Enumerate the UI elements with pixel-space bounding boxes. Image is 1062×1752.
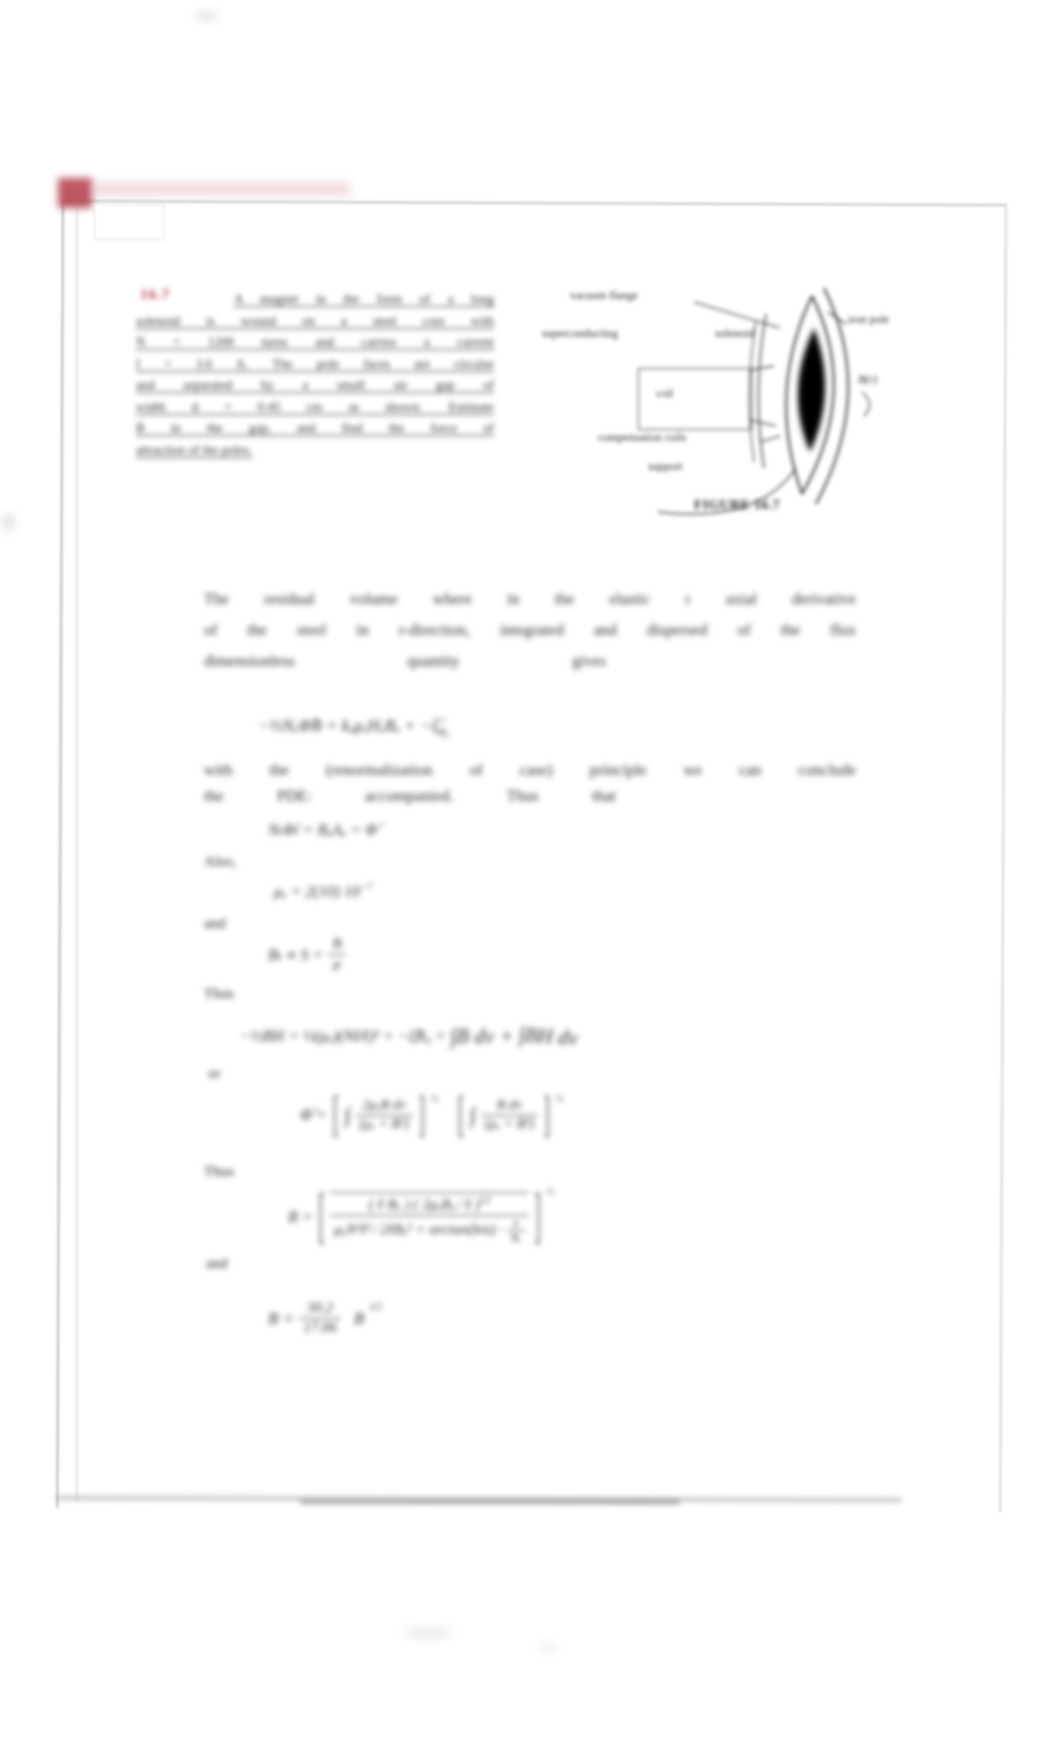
figure-label-top-right: iron pole [848,314,889,326]
equation-4: Bₜ ∝ S = B μ [268,936,346,973]
figure-label-bottom: support [648,461,683,473]
equation-2: NₜΦ̂ₜ = BₒAₒ = Φ̂ [268,820,377,840]
figure-label-box: coil [656,388,673,400]
statement-line: solenoid is wound on a steel core with [136,310,494,332]
statement-line: N = 1200 turns and carries a current [136,331,494,353]
equation-8: B = 30.2 17.06 B 1∕2 [268,1300,382,1337]
pink-smear [92,183,350,195]
body-line: the PDE: accompanied. Thus that [204,784,616,810]
scanned-page-photo: 16.7 A magnet in the form of a long sole… [0,0,1062,1752]
noise-mark [540,1644,558,1651]
problem-statement: A magnet in the form of a long solenoid … [136,288,494,460]
equation-7: B = [ ( ℓ Bₒ ) ( 2μₒBₒ ∕ ℓ )1∕2 μₒN²I² ∕… [288,1192,554,1244]
statement-line: attraction of the poles. [136,439,336,461]
body-line: of the steel in r-direction, integrated … [204,615,856,646]
statement-line: and separated by a small air gap of [136,374,494,396]
statement-line: A magnet in the form of a long [136,288,494,310]
equation-6: Φ̂ = [ ∫ 2μₒB dv (μₒ + B²) ] ½ [ ∫ B dv … [300,1098,563,1133]
equation-1: −½NₒΦ̂B = kₒμₒHₒBₒ + −ξ̂B₀ [258,716,449,738]
paper-left-inner-edge [76,205,78,1500]
word-or: or [208,1066,221,1083]
word-also: Also, [204,854,236,871]
figure-label-top-left: vacuum flange [570,290,638,302]
body-line: dimensionless quantity gives [204,646,606,677]
red-corner-mark [58,178,92,208]
statement-line: width d = 0.45 cm as shown. Estimate [136,396,494,418]
equation-5: −½BH = ½(μₒ)(NI∕ℓ)² + −ξ̂B₀ = ∫B dv + ∫B… [240,1024,577,1049]
noise-mark [4,514,13,530]
word-thus: Thus [204,986,234,1003]
figure-label-below-box: compensation coils [598,432,686,444]
equation-3: μₒ = 2(10) 10−7 [274,882,372,901]
word-and: and [204,916,226,933]
statement-line: I = 3.6 A. The pole faces are circular [136,353,494,375]
body-line: The residual volume where in the elastic… [204,584,856,615]
figure-linework [528,270,1006,528]
body-line: with the (renormalization of case) princ… [204,758,856,784]
body-paragraph-1: The residual volume where in the elastic… [204,584,856,677]
figure-caption: FIGURE 16.7 [694,497,780,513]
figure-label-left: superconducting solenoid [542,328,754,340]
blank-label-box [94,204,164,240]
figure-label-right: B(r) [858,374,877,386]
statement-line: B in the gap, and find the force of [136,417,494,439]
figure-diagram: vacuum flange superconducting solenoid c… [528,270,1006,528]
paper-bottom-edge-dark [300,1500,680,1504]
noise-mark [406,1628,450,1638]
word-thus-2: Thus [204,1164,234,1181]
word-and-2: and [206,1256,228,1273]
body-paragraph-2: with the (renormalization of case) princ… [204,758,856,810]
noise-mark [196,12,216,20]
